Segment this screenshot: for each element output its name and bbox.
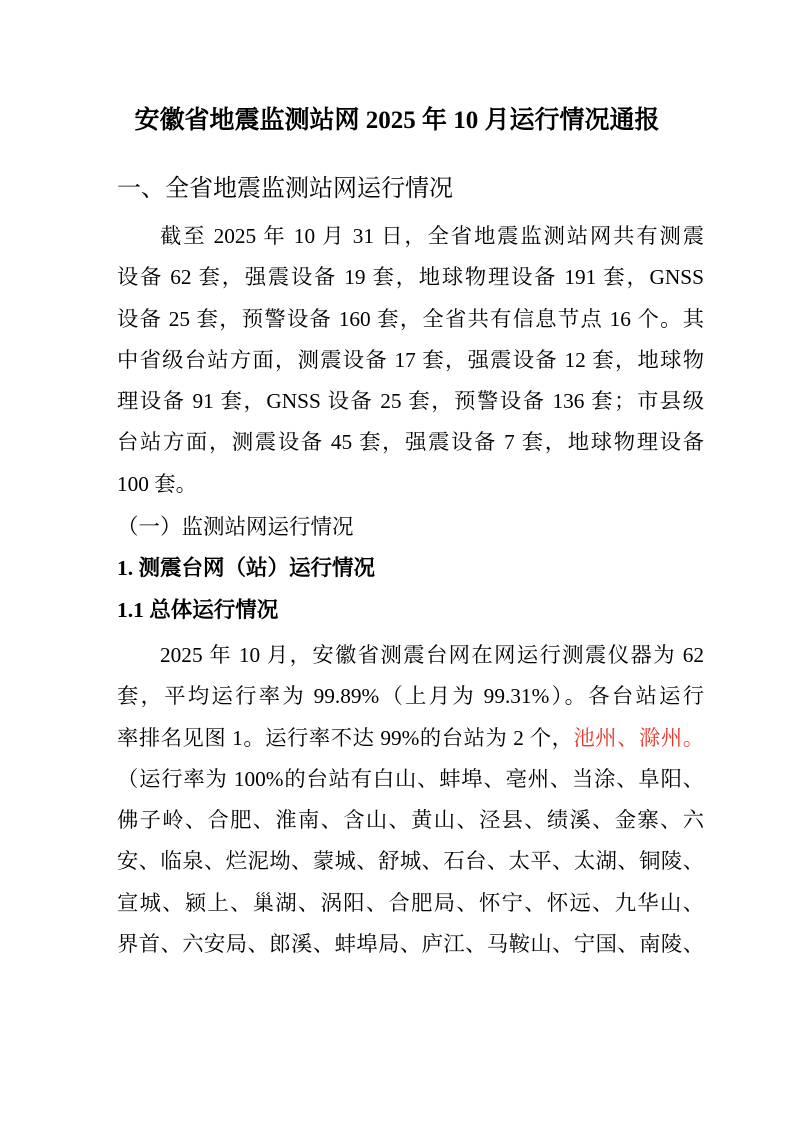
section-heading: 一、全省地震监测站网运行情况 [117,172,704,206]
text-line: 理设备 91 套，GNSS 设备 25 套，预警设备 136 套；市县级 [117,381,704,422]
document-body: 截至 2025 年 10 月 31 日，全省地震监测站网共有测震 设备 62 套… [117,216,704,965]
text-line: 佛子岭、合肥、淮南、含山、黄山、泾县、绩溪、金寨、六 [117,800,704,841]
document-title: 安徽省地震监测站网 2025 年 10 月运行情况通报 [90,100,704,142]
heading-seismic-network: 1. 测震台网（站）运行情况 [117,548,704,589]
text-line: 截至 2025 年 10 月 31 日，全省地震监测站网共有测震 [117,216,704,257]
document-page: 安徽省地震监测站网 2025 年 10 月运行情况通报 一、全省地震监测站网运行… [0,0,794,1122]
text-line: 设备 25 套，预警设备 160 套，全省共有信息节点 16 个。其 [117,299,704,340]
text-line: 2025 年 10 月，安徽省测震台网在网运行测震仪器为 62 [117,635,704,676]
text-line: 安、临泉、烂泥坳、蒙城、舒城、石台、太平、太湖、铜陵、 [117,841,704,882]
paragraph-network-overview: 截至 2025 年 10 月 31 日，全省地震监测站网共有测震 设备 62 套… [117,216,704,505]
text-line: 台站方面，测震设备 45 套，强震设备 7 套，地球物理设备 [117,422,704,463]
text-line: 设备 62 套，强震设备 19 套，地球物理设备 191 套，GNSS [117,257,704,298]
paragraph-operation-details: 2025 年 10 月，安徽省测震台网在网运行测震仪器为 62 套，平均运行率为… [117,635,704,965]
text-segment: 率排名见图 1。运行率不达 99%的台站为 2 个， [117,726,573,750]
text-line: 率排名见图 1。运行率不达 99%的台站为 2 个，池州、滁州。 [117,718,704,759]
text-line: 中省级台站方面，测震设备 17 套，强震设备 12 套，地球物 [117,340,704,381]
heading-overall-operation: 1.1 总体运行情况 [117,590,704,631]
highlighted-station-names: 池州、滁州。 [573,726,704,750]
text-line: 100 套。 [117,464,704,505]
text-line: （运行率为 100%的台站有白山、蚌埠、亳州、当涂、阜阳、 [117,759,704,800]
text-line: 套，平均运行率为 99.89%（上月为 99.31%）。各台站运行 [117,676,704,717]
text-line: 界首、六安局、郎溪、蚌埠局、庐江、马鞍山、宁国、南陵、 [117,924,704,965]
text-line: 宣城、颍上、巢湖、涡阳、合肥局、怀宁、怀远、九华山、 [117,883,704,924]
subsection-heading: （一）监测站网运行情况 [117,507,704,548]
